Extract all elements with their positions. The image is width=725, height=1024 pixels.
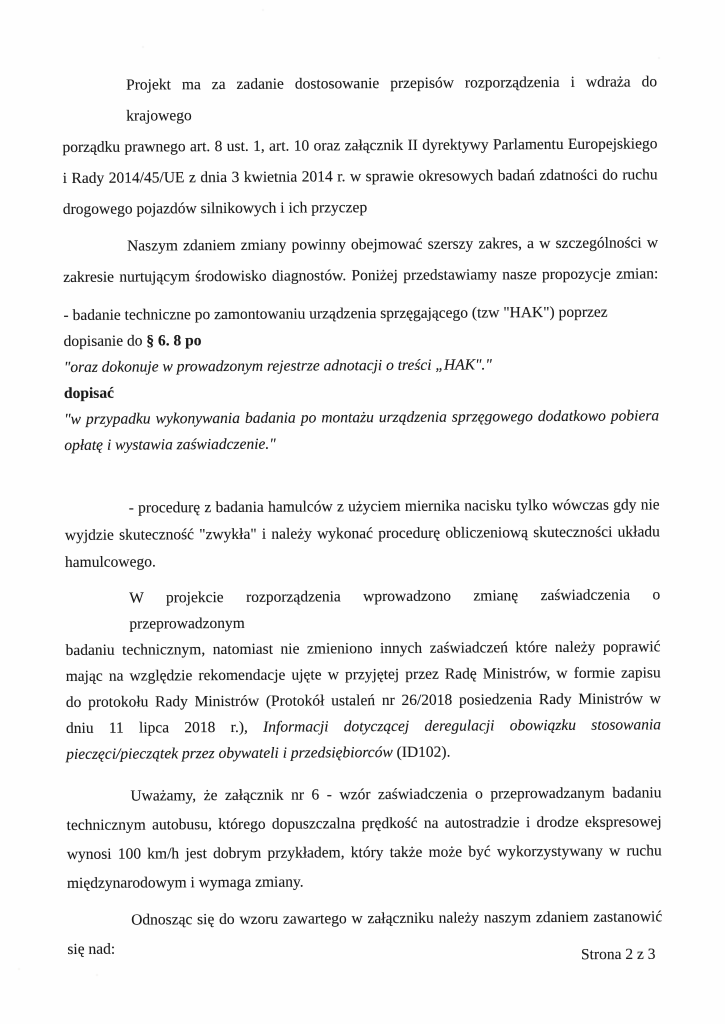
text-run: - procedurę z badania hamulców z użyciem… xyxy=(129,496,660,516)
text-run: opłatę i wystawia zaświadczenie." xyxy=(64,436,276,454)
text-line: zakresie nurtującym środowisko diagnostó… xyxy=(63,258,658,293)
text-run: Projekt ma za zadanie dostosowanie przep… xyxy=(126,73,657,124)
text-line: "w przypadku wykonywania badania po mont… xyxy=(64,403,659,433)
text-line: wynosi 100 km/h jest dobrym przykładem, … xyxy=(67,836,662,869)
text-run: dniu 11 lipca 2018 r.), xyxy=(66,719,263,737)
text-run: zakresie nurtującym środowisko diagnostó… xyxy=(63,265,658,286)
text-run: dopisać xyxy=(64,385,114,402)
text-run: "oraz dokonuje w prowadzonym rejestrze a… xyxy=(64,356,492,376)
text-line: Projekt ma za zadanie dostosowanie przep… xyxy=(62,66,657,132)
p-uwazamy: Uważamy, że załącznik nr 6 - wzór zaświa… xyxy=(66,778,662,898)
p-badanie-hak: - badanie techniczne po zamontowaniu urz… xyxy=(63,299,658,355)
text-line: międzynarodowym i wymaga zmiany. xyxy=(67,865,662,898)
text-line: - procedurę z badania hamulców z użyciem… xyxy=(65,491,660,522)
text-line: mając na względzie rekomendacje ujęte w … xyxy=(66,660,661,690)
text-line: - badanie techniczne po zamontowaniu urz… xyxy=(63,299,658,329)
p-oraz-dokonuje: "oraz dokonuje w prowadzonym rejestrze a… xyxy=(64,351,659,381)
p-dopisac: dopisać xyxy=(64,377,659,407)
p-w-przypadku: "w przypadku wykonywania badania po mont… xyxy=(64,403,659,459)
text-line: badaniu technicznym, natomiast nie zmien… xyxy=(65,634,660,664)
text-line: Odnosząc się do wzoru zawartego w załącz… xyxy=(67,902,662,935)
text-line: drogowego pojazdów silnikowych i ich prz… xyxy=(63,190,658,225)
text-line: technicznym autobusu, którego dopuszczal… xyxy=(67,807,662,840)
text-run: badaniu technicznym, natomiast nie zmien… xyxy=(65,638,660,659)
text-line: pieczęci/pieczątek przez obywateli i prz… xyxy=(66,738,661,768)
text-line: dopisać xyxy=(64,377,659,407)
p-projekt: Projekt ma za zadanie dostosowanie przep… xyxy=(62,66,658,225)
scan-noise xyxy=(0,0,2,2)
text-run: Odnosząc się do wzoru zawartego w załącz… xyxy=(131,908,662,928)
text-run: - badanie techniczne po zamontowaniu urz… xyxy=(63,304,607,324)
page-number: Strona 2 z 3 xyxy=(580,946,655,964)
text-run: pieczęci/pieczątek przez obywateli i prz… xyxy=(66,744,397,763)
p-w-projekcie: W projekcie rozporządzenia wprowadzono z… xyxy=(65,582,661,768)
text-run: porządku prawnego art. 8 ust. 1, art. 10… xyxy=(62,135,657,156)
text-run: do protokołu Rady Ministrów (Protokół us… xyxy=(66,690,661,711)
text-line: dopisanie do § 6. 8 po xyxy=(64,325,659,355)
text-line: dniu 11 lipca 2018 r.), Informacji dotyc… xyxy=(66,712,661,742)
p-odnoszac: Odnosząc się do wzoru zawartego w załącz… xyxy=(67,902,662,964)
p-naszym-zdaniem: Naszym zdaniem zmiany powinny obejmować … xyxy=(63,227,658,293)
text-line: Uważamy, że załącznik nr 6 - wzór zaświa… xyxy=(66,778,661,811)
document-page: Projekt ma za zadanie dostosowanie przep… xyxy=(0,0,725,1024)
text-run: drogowego pojazdów silnikowych i ich prz… xyxy=(63,199,367,218)
text-line: "oraz dokonuje w prowadzonym rejestrze a… xyxy=(64,351,659,381)
text-run: Informacji dotyczącej deregulacji obowią… xyxy=(263,716,661,735)
text-run: dopisanie do xyxy=(64,332,147,350)
text-run: technicznym autobusu, którego dopuszczal… xyxy=(67,813,662,834)
text-line: się nad: xyxy=(67,931,662,964)
text-run: się nad: xyxy=(67,941,115,958)
text-run: hamulcowego. xyxy=(65,553,156,571)
text-run: "w przypadku wykonywania badania po mont… xyxy=(64,407,659,428)
text-line: wyjdzie skuteczność "zwykła" i należy wy… xyxy=(65,518,660,549)
text-run: międzynarodowym i wymaga zmiany. xyxy=(67,874,304,892)
text-line: Naszym zdaniem zmiany powinny obejmować … xyxy=(63,227,658,262)
text-run: mając na względzie rekomendacje ujęte w … xyxy=(66,664,661,685)
text-line: i Rady 2014/45/UE z dnia 3 kwietnia 2014… xyxy=(63,159,658,194)
text-run: § 6. 8 po xyxy=(146,332,201,349)
text-run: W projekcie rozporządzenia wprowadzono z… xyxy=(129,586,660,632)
text-line: W projekcie rozporządzenia wprowadzono z… xyxy=(65,582,660,638)
text-run: (ID102). xyxy=(397,744,451,761)
document-body: Projekt ma za zadanie dostosowanie przep… xyxy=(62,66,662,964)
text-run: Uważamy, że załącznik nr 6 - wzór zaświa… xyxy=(130,784,661,804)
p-procedura-hamulce: - procedurę z badania hamulców z użyciem… xyxy=(65,491,660,576)
text-run: i Rady 2014/45/UE z dnia 3 kwietnia 2014… xyxy=(63,166,658,187)
text-line: porządku prawnego art. 8 ust. 1, art. 10… xyxy=(62,128,657,163)
text-run: wyjdzie skuteczność "zwykła" i należy wy… xyxy=(65,523,660,544)
text-line: do protokołu Rady Ministrów (Protokół us… xyxy=(66,686,661,716)
text-line: hamulcowego. xyxy=(65,545,660,576)
text-line: opłatę i wystawia zaświadczenie." xyxy=(64,429,659,459)
text-run: wynosi 100 km/h jest dobrym przykładem, … xyxy=(67,842,662,863)
text-run: Naszym zdaniem zmiany powinny obejmować … xyxy=(127,234,658,254)
